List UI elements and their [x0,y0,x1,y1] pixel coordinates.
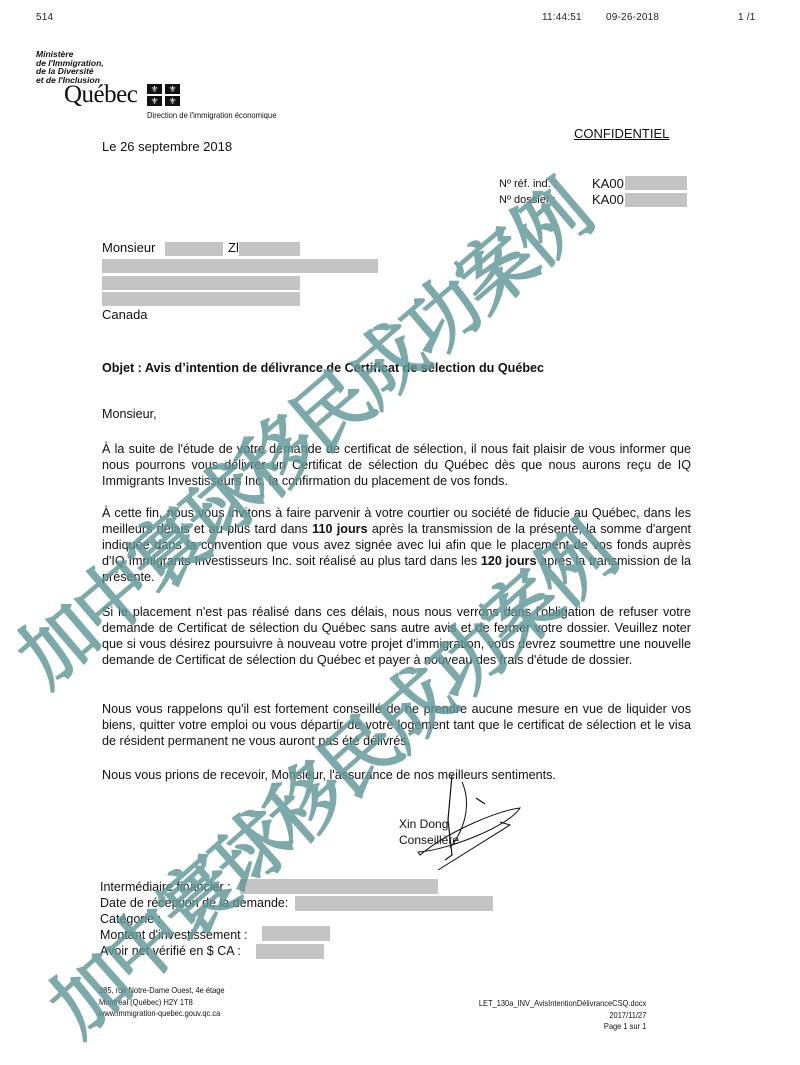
recipient-country: Canada [102,307,148,322]
redaction [256,944,324,959]
paragraph-1: À la suite de l'étude de votre demande d… [102,441,691,489]
detail-reception-date: Date de réception de la demande: [100,895,288,911]
redaction [239,242,300,256]
fleur-de-lis-icon: ⚜ [165,96,180,106]
confidential-label: CONFIDENTIEL [574,126,669,141]
fax-page-id: 514 [36,12,53,23]
greeting: Monsieur, [102,406,157,422]
ref-ind-value: KA00 [592,176,624,191]
deadline-110: 110 jours [312,522,367,536]
redaction [165,242,223,256]
redaction [625,176,687,190]
address-line: 285, rue Notre-Dame Ouest, 4e étage [99,985,225,997]
recipient-salutation: Monsieur [102,240,155,255]
redaction [102,276,300,290]
dossier-value: KA00 [592,192,624,207]
footer-address: 285, rue Notre-Dame Ouest, 4e étage Mont… [99,985,225,1020]
fleur-de-lis-icon: ⚜ [147,96,162,106]
fax-time: 11:44:51 [542,12,582,23]
page-number: Page 1 sur 1 [479,1021,646,1033]
quebec-flag-icon: ⚜ ⚜ ⚜ ⚜ [147,84,181,106]
fleur-de-lis-icon: ⚜ [165,84,180,94]
address-line: Montréal (Québec) H2Y 1T8 [99,997,225,1009]
detail-net-assets: Avoir net vérifié en $ CA : [100,943,241,959]
redaction [625,193,687,207]
dossier-label: Nº dossier : [499,194,556,206]
detail-investment-amount: Montant d'investissement : [100,927,248,943]
paragraph-3: Si le placement n'est pas réalisé dans c… [102,604,691,668]
quebec-logo-text: Québec [64,82,137,108]
ref-ind-label: Nº réf. ind. : [499,178,557,190]
redaction [102,259,378,273]
redaction [295,896,493,911]
detail-financial-intermediary: Intermédiaire financier : [100,879,231,895]
deadline-120: 120 jours [481,554,537,568]
recipient-name-partial: Zl [228,240,239,255]
redaction [262,926,330,941]
letter-date: Le 26 septembre 2018 [102,139,232,154]
signatory-name: Xin Dong [399,816,448,832]
doc-date: 2017/11/27 [479,1010,646,1022]
detail-category: Catégorie : [100,911,161,927]
signatory-title: Conseillère [399,832,459,848]
fax-date: 09-26-2018 [606,12,659,23]
redaction [102,292,300,306]
doc-filename: LET_130a_INV_AvisIntentionDélivranceCSQ.… [479,998,646,1010]
footer-doc-ref: LET_130a_INV_AvisIntentionDélivranceCSQ.… [479,998,646,1033]
ministry-name: Ministère de l'Immigration, de la Divers… [36,50,104,84]
fleur-de-lis-icon: ⚜ [147,84,162,94]
paragraph-4: Nous vous rappelons qu'il est fortement … [102,701,691,749]
direction-name: Direction de l'immigration économique [147,110,276,120]
redaction [240,879,438,894]
fax-page-count: 1 /1 [738,12,755,23]
paragraph-2: À cette fin, nous vous invitons à faire … [102,505,691,585]
subject-line: Objet : Avis d’intention de délivrance d… [102,361,544,375]
website-link[interactable]: www.immigration-quebec.gouv.qc.ca [99,1008,225,1020]
